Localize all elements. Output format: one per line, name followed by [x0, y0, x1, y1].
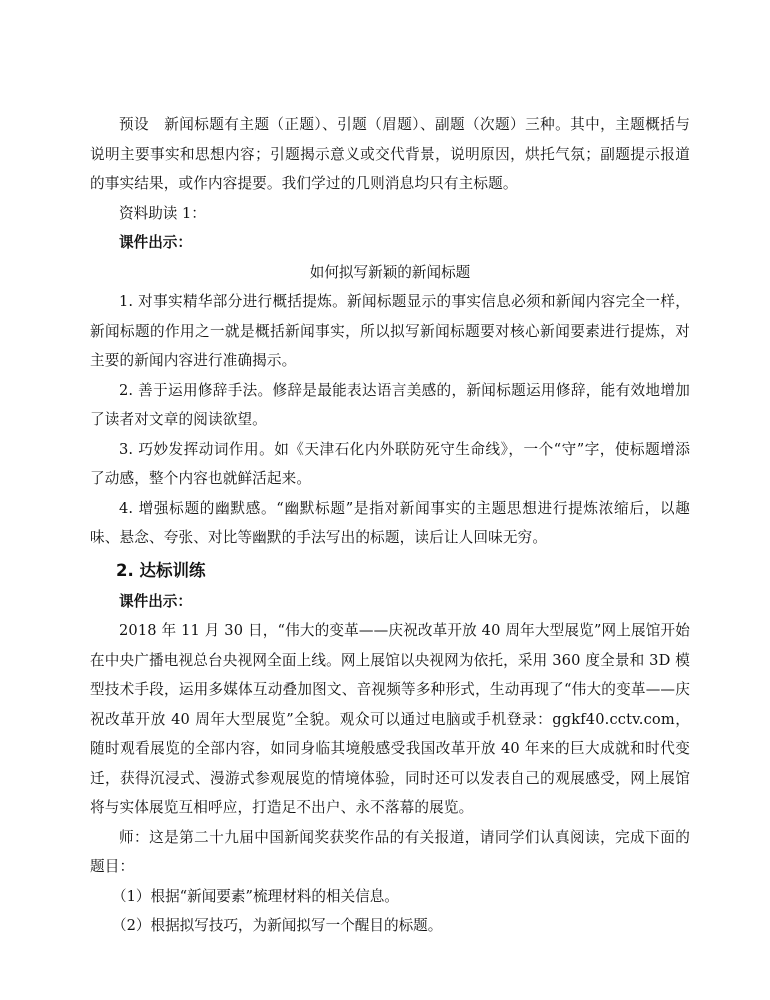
tip-item: 3. 巧妙发挥动词作用。如《天津石化内外联防死守生命线》，一个“守”字，使标题增…	[90, 435, 690, 494]
teacher-instruction: 师：这是第二十九届中国新闻奖获奖作品的有关报道，请同学们认真阅读，完成下面的题目…	[90, 823, 690, 882]
courseware-label: 课件出示：	[90, 587, 690, 617]
intro-text: 新闻标题有主题（正题）、引题（眉题）、副题（次题）三种。其中，主题概括与说明主要…	[90, 116, 690, 192]
courseware-label: 课件出示：	[90, 228, 690, 258]
tip-item: 2. 善于运用修辞手法。修辞是最能表达语言美感的，新闻标题运用修辞，能有效地增加…	[90, 376, 690, 435]
section-heading: 2. 达标训练	[90, 555, 690, 587]
intro-paragraph: 预设 新闻标题有主题（正题）、引题（眉题）、副题（次题）三种。其中，主题概括与说…	[90, 110, 690, 199]
document-page: 预设 新闻标题有主题（正题）、引题（眉题）、副题（次题）三种。其中，主题概括与说…	[90, 110, 690, 941]
intro-label: 预设	[119, 116, 149, 133]
tips-title: 如何拟写新颖的新闻标题	[90, 258, 690, 288]
tip-item: 1. 对事实精华部分进行概括提炼。新闻标题显示的事实信息必须和新闻内容完全一样，…	[90, 287, 690, 376]
tip-item: 4. 增强标题的幽默感。“幽默标题”是指对新闻事实的主题思想进行提炼浓缩后，以趣…	[90, 494, 690, 553]
question-item: （2）根据拟写技巧，为新闻拟写一个醒目的标题。	[90, 911, 690, 941]
material-label: 资料助读 1：	[90, 199, 690, 229]
question-item: （1）根据“新闻要素”梳理材料的相关信息。	[90, 882, 690, 912]
news-paragraph: 2018 年 11 月 30 日，“伟大的变革——庆祝改革开放 40 周年大型展…	[90, 616, 690, 823]
